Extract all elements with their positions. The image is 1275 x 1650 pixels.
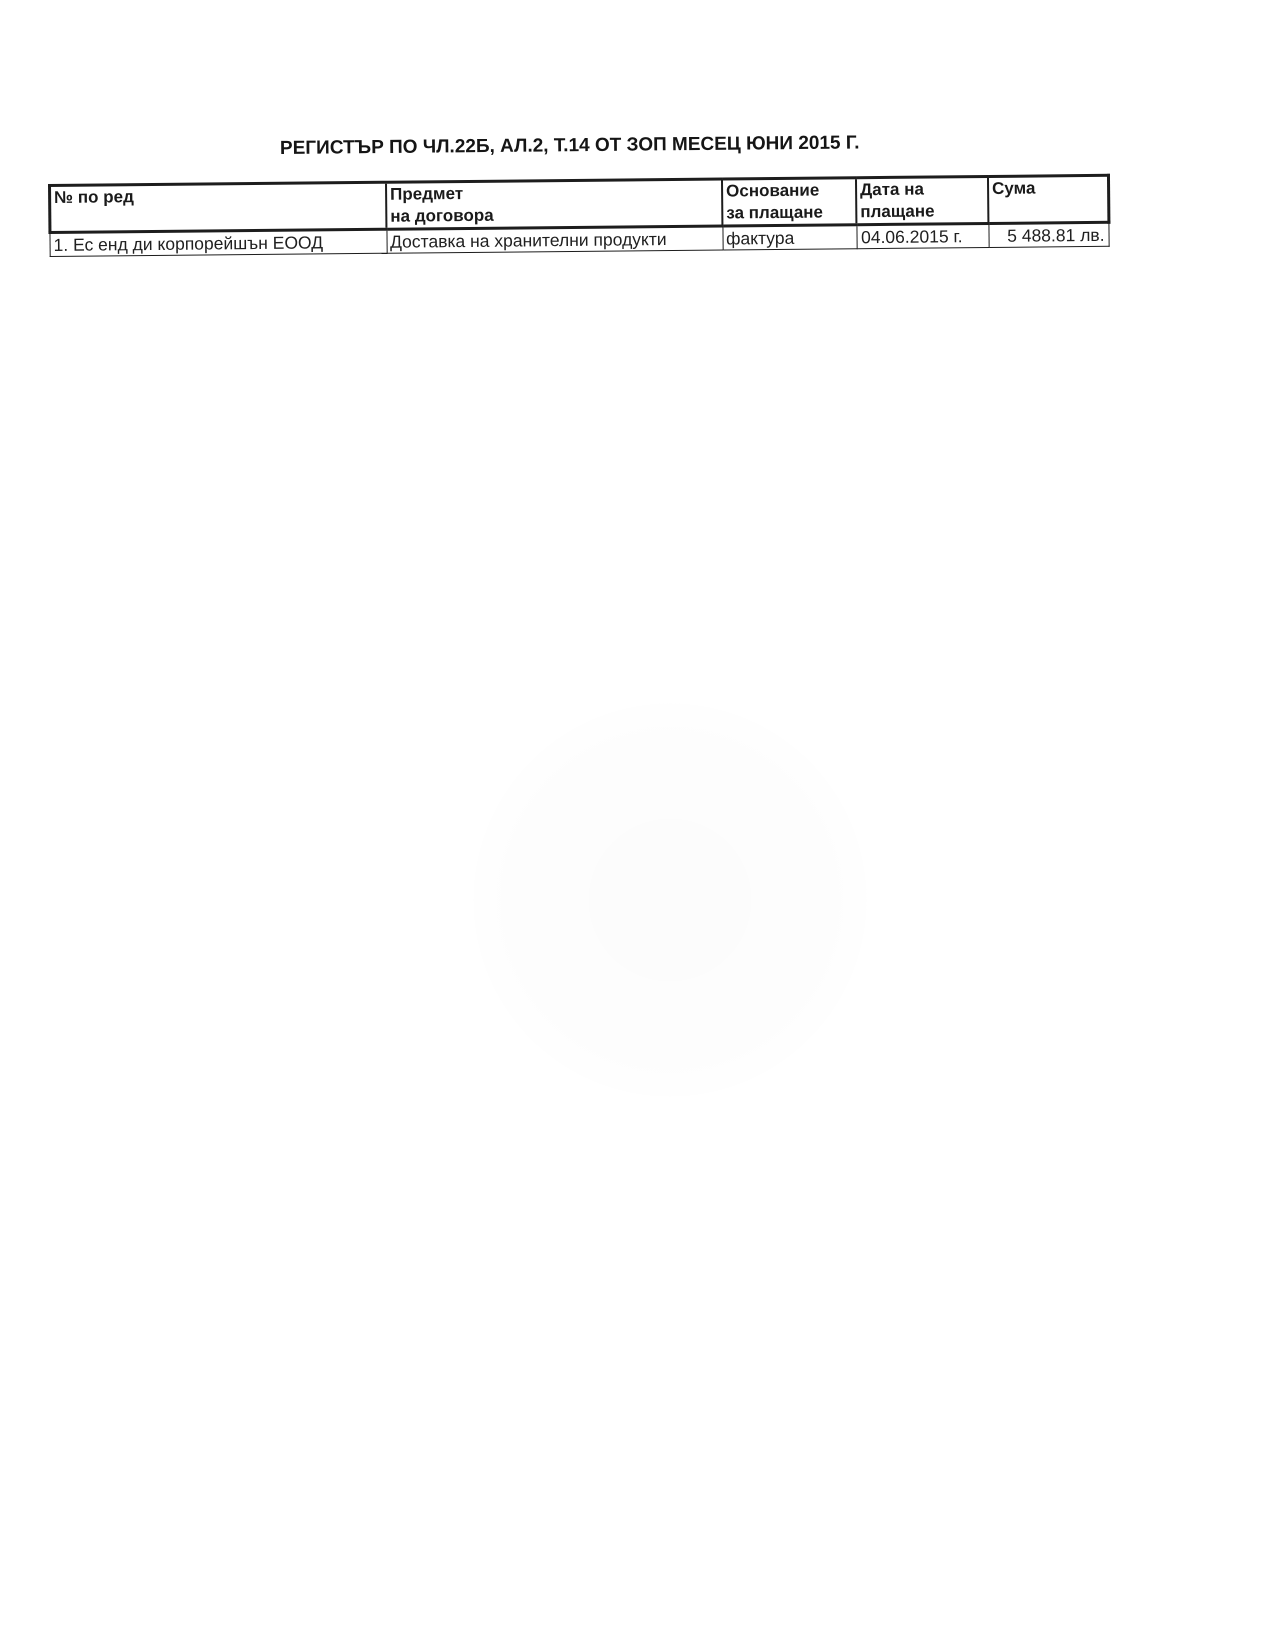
header-subject-line1: Предмет	[390, 181, 718, 206]
document-page: РЕГИСТЪР ПО ЧЛ.22Б, АЛ.2, Т.14 ОТ ЗОП МЕ…	[0, 0, 1275, 1650]
payment-register-table: № по ред Предмет на договора Основание з…	[48, 174, 1111, 257]
header-basis: Основание за плащане	[722, 178, 856, 226]
header-basis-line1: Основание	[726, 179, 852, 202]
header-amount-line1: Сума	[992, 177, 1104, 200]
header-amount: Сума	[988, 175, 1109, 223]
header-number-line1: № по ред	[54, 184, 382, 209]
header-date-line1: Дата на	[860, 178, 984, 201]
header-number-line2	[54, 206, 382, 231]
header-date-line2: плащане	[860, 200, 984, 223]
cell-subject: Доставка на хранителни продукти	[386, 226, 722, 253]
header-subject-line2: на договора	[390, 203, 718, 228]
header-basis-line2: за плащане	[726, 201, 852, 224]
header-amount-line2	[992, 199, 1104, 222]
header-subject: Предмет на договора	[386, 179, 722, 229]
scan-bleedthrough-emblem	[460, 690, 880, 1110]
cell-basis: фактура	[722, 225, 856, 250]
cell-amount: 5 488.81 лв.	[988, 222, 1109, 247]
header-date: Дата на плащане	[856, 176, 988, 224]
cell-number-party: 1. Ес енд ди корпорейшън ЕООД	[50, 229, 387, 256]
header-number: № по ред	[50, 182, 387, 232]
register-title: РЕГИСТЪР ПО ЧЛ.22Б, АЛ.2, Т.14 ОТ ЗОП МЕ…	[280, 132, 920, 160]
cell-date: 04.06.2015 г.	[856, 223, 988, 248]
